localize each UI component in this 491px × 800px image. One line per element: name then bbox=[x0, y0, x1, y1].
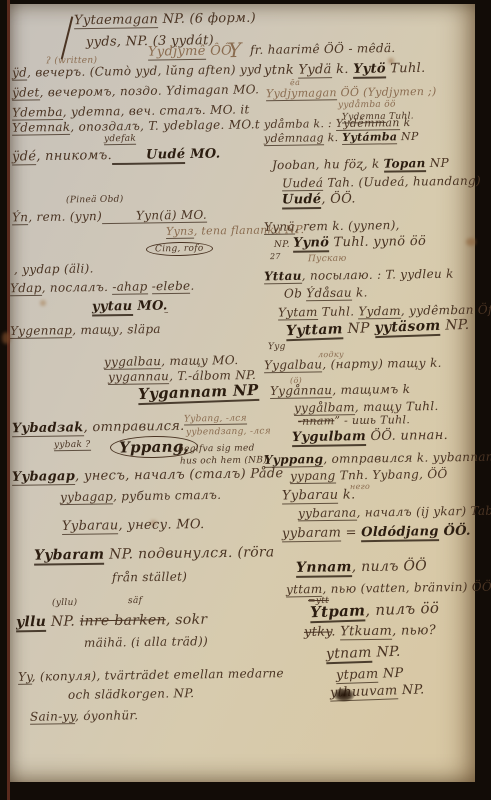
note-text: ēa bbox=[290, 78, 300, 87]
entry-line: Yygulbam ÖÖ. ипнан. bbox=[292, 428, 448, 445]
entry-line: yypang Tnh. Yybang, ÖÖ bbox=[290, 467, 448, 483]
headword: yytau bbox=[92, 299, 133, 317]
gloss: NP bbox=[397, 130, 419, 143]
headword: Yygalbau bbox=[264, 357, 323, 373]
gloss: från stället) bbox=[112, 569, 187, 584]
marginal-note: ēa bbox=[290, 78, 300, 87]
entry-line: ydåmba k. : Yydêmman k bbox=[264, 116, 411, 131]
gloss: , рубить сталъ. bbox=[113, 488, 221, 504]
entry-line: Yybaram NP. подвинулся. (röra bbox=[34, 544, 275, 563]
gloss: k. bbox=[338, 487, 355, 502]
entry-line: Yybarau k. bbox=[282, 487, 356, 503]
gloss: , пью (vatten, bränvin) ÖÖ bbox=[322, 580, 491, 596]
headword: Yygånnau bbox=[270, 383, 332, 399]
gloss: , yydêmban Öf. bbox=[401, 302, 491, 317]
gloss: NP. bbox=[371, 644, 400, 661]
gloss: ÖÖ (Yydjymen ;) bbox=[337, 85, 437, 99]
headword: Yytö bbox=[353, 61, 386, 78]
note-text: (Pineä Obd) bbox=[66, 195, 124, 206]
dash-mark: – bbox=[164, 308, 169, 318]
note-text: Yybang, -лся bbox=[184, 414, 247, 426]
entry-line: Yygånnau, тащимъ k bbox=[270, 382, 410, 398]
gloss: , унесу. MO. bbox=[118, 517, 204, 533]
gloss: , опоздалъ, T. ydeblage. MO.t bbox=[70, 117, 260, 134]
gloss: , тащимъ k bbox=[332, 382, 410, 397]
entry-line: och slädkorgen. NP. bbox=[68, 686, 195, 702]
rust-stain bbox=[40, 300, 46, 306]
entry-line: Ýn, rem. (yyn)Yyn(ä) MO. bbox=[12, 208, 207, 225]
entry-line: från stället) bbox=[112, 569, 187, 584]
headword: yypang bbox=[290, 468, 336, 484]
note-text: 27 bbox=[270, 252, 281, 261]
entry-line: mäihä. (i alla träd)) bbox=[84, 634, 208, 650]
headword: yygalbau bbox=[104, 354, 161, 370]
headword: Yybadзak bbox=[12, 420, 84, 437]
headword: yygannau bbox=[108, 369, 169, 385]
entry-line: , yydар (äli). bbox=[14, 261, 94, 276]
gloss: Tuhl. bbox=[317, 304, 358, 319]
gloss: ydåmba k. : bbox=[264, 117, 336, 131]
circled-note: Cing, rofo bbox=[146, 242, 213, 257]
variant: -ahар bbox=[112, 279, 147, 294]
struck-text: ytky bbox=[304, 625, 331, 640]
entry-line: fr. haarimê ÖÖ - mêdä. bbox=[250, 41, 396, 57]
gloss: , пникомъ. bbox=[36, 148, 112, 164]
headword: Yttau bbox=[264, 269, 302, 285]
gloss: . bbox=[190, 279, 194, 293]
headword: Topan bbox=[384, 156, 426, 173]
entry-line: Ynnam, пилъ ÖÖ bbox=[296, 558, 427, 576]
entry-line: yybagар, рубить сталъ. bbox=[60, 488, 221, 504]
gloss: , yydар (äli). bbox=[14, 261, 94, 276]
gloss: ” - ишь Tuhl. bbox=[334, 413, 410, 427]
entry-line: Yytaemagan NP. (6 форм.) bbox=[74, 11, 256, 29]
entry-line: Uudeá Tah. (Uudeá, huandang) bbox=[282, 174, 481, 191]
marginal-note: 27 bbox=[270, 252, 281, 261]
entry-line: ytnk Yydä k. Yytö Tuhl. bbox=[264, 61, 426, 78]
headword: Yyttam bbox=[286, 321, 343, 341]
headword: Oldódjang bbox=[361, 524, 439, 542]
entry-line: ÿdé, пникомъ.Uudé MO. bbox=[12, 147, 221, 165]
gloss: , rem. (yyn) bbox=[28, 209, 102, 224]
gloss: NP bbox=[342, 320, 374, 337]
gloss: , тащу, släpa bbox=[72, 322, 161, 337]
note-text: yybendзang, -лся bbox=[186, 426, 271, 437]
gloss: Tuhl. yynö öö bbox=[329, 234, 426, 250]
entry-line: yytau MO. bbox=[92, 298, 168, 314]
headword: Ýdåsau bbox=[306, 286, 352, 302]
entry-line: Ydар, послалъ. -ahар -elebe. bbox=[10, 279, 195, 296]
note-text: Cing, rofo bbox=[146, 242, 213, 257]
entry-line: Yttau, посылаю. : T. yydleu k bbox=[264, 267, 454, 284]
headword: ytpam bbox=[336, 667, 379, 684]
entry-line: Ob Ýdåsau k. bbox=[284, 285, 368, 300]
headword: yybaram bbox=[282, 525, 341, 542]
entry-line: yygålbam, тащу Tuhl. bbox=[294, 399, 439, 415]
gloss: NP. bbox=[397, 682, 424, 698]
entry-line: Yygalbau, (нарту) тащу k. bbox=[264, 356, 442, 372]
gloss: NP. bbox=[46, 613, 80, 629]
gloss: , пилъ öö bbox=[365, 599, 440, 620]
entry-line: Yybadзak, отправился. bbox=[12, 419, 185, 436]
headword: Yydä bbox=[298, 62, 331, 78]
note-text: begifva sig med bbox=[178, 443, 255, 454]
entry-line: yllu NP. inre barken, sokr bbox=[16, 612, 208, 631]
headword: Yydam bbox=[358, 304, 401, 320]
entry-line: yttam, пью (vatten, bränvin) ÖÖ bbox=[286, 580, 491, 597]
marginal-note: Yyg bbox=[268, 342, 286, 352]
gloss: k. bbox=[352, 285, 368, 299]
headword: Ytkuam bbox=[340, 624, 392, 641]
headword: Uudé bbox=[112, 147, 186, 165]
gloss: NP. (6 форм.) bbox=[158, 11, 256, 27]
marginal-note: (yllu) bbox=[52, 598, 78, 608]
gloss: ytnk bbox=[264, 63, 299, 78]
headword: Yydjymagan bbox=[266, 86, 337, 101]
entry-line: Jooban, hu föʐ, k Topan NP bbox=[272, 156, 449, 172]
headword: Yydjymê bbox=[148, 44, 206, 61]
gloss: MO. bbox=[185, 147, 220, 162]
entry-line: NP. Yynö Tuhl. yynö öö bbox=[274, 234, 426, 251]
gloss: , пью? bbox=[392, 623, 436, 639]
headword: Ytpam bbox=[310, 601, 366, 623]
note-text: yydåmba öö bbox=[338, 100, 396, 111]
gloss: , ÖÖ. bbox=[321, 191, 356, 206]
marginal-note: Пускаю bbox=[308, 254, 347, 265]
entry-line: Yygannam NP bbox=[138, 381, 259, 403]
headword: Uudeá bbox=[282, 176, 323, 192]
headword: yllu bbox=[16, 614, 46, 632]
marginal-note: ydefak bbox=[104, 134, 136, 144]
headword: Yygannam NP bbox=[138, 381, 259, 405]
entry-line: ytky. Ytkuam, пью? bbox=[304, 623, 436, 640]
headword: Yybagар bbox=[12, 469, 75, 486]
entry-line: yybaram = Oldódjang ÖÖ. bbox=[282, 524, 471, 542]
entry-line: yybarana, началъ (ij ykar) Tab. bbox=[298, 504, 491, 521]
gloss: ÖÖ. bbox=[439, 524, 471, 539]
entry-line: ytnam NP. bbox=[326, 644, 401, 663]
note-text: (yllu) bbox=[52, 598, 78, 608]
gloss: , унесъ, началъ (сталъ) Påde bbox=[75, 466, 284, 484]
headword: yybagар bbox=[60, 489, 113, 505]
marginal-note: yybendзang, -лся bbox=[186, 426, 271, 437]
headword: yybarana bbox=[298, 506, 357, 522]
entry-line: Yygennap, тащу, släpa bbox=[10, 322, 161, 338]
headword: Yynä bbox=[264, 220, 295, 235]
gloss: , пилъ ÖÖ bbox=[352, 558, 428, 575]
entry-line: ydêmnaag k. Yytámba NP bbox=[264, 130, 419, 145]
note-text: yybak ? bbox=[54, 440, 91, 452]
headword: Yygennap bbox=[10, 323, 72, 339]
flourish: Y bbox=[228, 38, 242, 62]
marginal-note: hus och hem (NB) bbox=[180, 455, 267, 466]
gloss: , началъ (ij ykar) Tab. bbox=[356, 504, 491, 520]
marginal-note: (Pineä Obd) bbox=[66, 195, 124, 206]
ink-blot bbox=[333, 688, 355, 702]
headword: ÿd bbox=[12, 66, 27, 81]
headword: Yyppang bbox=[264, 452, 324, 468]
gloss: Tah. (Uudeá, huandang) bbox=[323, 174, 481, 190]
entry-line: Yybarau, унесу. MO. bbox=[62, 517, 205, 534]
entry-line: ytpam NP bbox=[336, 666, 404, 683]
struck-text: inre barken bbox=[80, 612, 166, 629]
manuscript-photo: Yytaemagan NP. (6 форм.) yyds, NP. (3 yy… bbox=[0, 0, 491, 800]
headword: Ydар bbox=[10, 281, 42, 296]
marginal-note: Yybang, -лся bbox=[184, 414, 247, 425]
note-text: hus och hem (NB) bbox=[180, 455, 267, 466]
rust-stain bbox=[2, 332, 10, 344]
gloss: fr. haarimê ÖÖ - mêdä. bbox=[250, 41, 396, 57]
entry-line: yygalbau, тащу MO. bbox=[104, 353, 239, 369]
dash: – bbox=[164, 308, 169, 318]
entry-line: Yynä, rem k. (yynen), bbox=[264, 218, 400, 234]
rust-stain bbox=[466, 238, 476, 246]
variant: -elebe bbox=[152, 279, 191, 295]
headword: ytnam bbox=[326, 645, 372, 665]
gloss: , тащу Tuhl. bbox=[355, 399, 439, 414]
headword: Ýn bbox=[12, 210, 28, 225]
entry-line: -nnam” - ишь Tuhl. bbox=[298, 413, 410, 428]
gloss: , rem k. (yynen), bbox=[295, 218, 400, 233]
headword: Yynз bbox=[166, 225, 194, 239]
headword: Ynnam bbox=[296, 559, 352, 578]
headword: Yygulbam bbox=[292, 429, 366, 447]
gloss: NP bbox=[426, 156, 449, 170]
gloss: k bbox=[400, 116, 411, 129]
gloss: , посылаю. : T. yydleu k bbox=[302, 267, 454, 283]
note-text: ydefak bbox=[104, 134, 136, 145]
headword: Yyn(ä) MO. bbox=[102, 208, 207, 224]
marginal-note: yybak ? bbox=[54, 440, 91, 451]
gloss: , послалъ. bbox=[42, 280, 113, 295]
headword: Ydemba bbox=[12, 105, 63, 121]
marginal-note: yydåmba öö bbox=[338, 100, 396, 111]
headword: Sain-yy bbox=[30, 709, 75, 725]
gloss: NP bbox=[378, 666, 404, 682]
headword: Ydemnak bbox=[12, 120, 71, 136]
gloss: . bbox=[331, 624, 340, 639]
gloss: Tnh. Yybang, ÖÖ bbox=[336, 467, 448, 483]
headword: Yybarau bbox=[62, 518, 119, 535]
struck-text: -nnam bbox=[298, 414, 335, 428]
headword: ÿdet bbox=[12, 85, 40, 100]
note-text: Yyg bbox=[268, 342, 286, 352]
headword: Yybaram bbox=[34, 547, 105, 566]
marginal-note: säf bbox=[128, 596, 142, 606]
note-text: säf bbox=[128, 596, 142, 606]
gloss: MO. bbox=[132, 298, 167, 313]
book-spine-edge bbox=[7, 0, 10, 800]
gloss: Jooban, hu föʐ, k bbox=[272, 157, 384, 173]
gloss: mäihä. (i alla träd)) bbox=[84, 634, 208, 650]
gloss: ÖÖ. ипнан. bbox=[366, 428, 448, 444]
gloss: NP. bbox=[440, 317, 469, 334]
gloss: Ob bbox=[284, 286, 306, 300]
gloss: , отправился. bbox=[83, 419, 184, 435]
gloss: k. bbox=[332, 62, 354, 77]
gloss: , óyonhür. bbox=[75, 708, 138, 723]
headword: Yybarau bbox=[282, 488, 339, 505]
gloss: Tuhl. bbox=[386, 61, 426, 77]
headword: Yy bbox=[18, 670, 32, 685]
gloss: och slädkorgen. NP. bbox=[68, 686, 195, 702]
headword: Uudé bbox=[282, 192, 322, 210]
gloss: NP. подвинулся. (röra bbox=[104, 544, 274, 562]
headword: Yytam bbox=[278, 305, 318, 321]
entry-line: Yydjymagan ÖÖ (Yydjymen ;) bbox=[266, 85, 437, 100]
headword: Yydêmman bbox=[336, 116, 400, 131]
entry-line: Uudé, ÖÖ. bbox=[282, 191, 356, 207]
entry-line: Sain-yy, óyonhür. bbox=[30, 708, 139, 724]
flourish-letter: Y bbox=[228, 38, 242, 62]
gloss: , отправился k. yybannang, ÖÖ bbox=[323, 449, 491, 466]
gloss: = bbox=[341, 525, 361, 540]
headword: ÿdé bbox=[12, 149, 36, 165]
gloss: , ydemna, веч. сталъ. MO. it bbox=[63, 102, 250, 119]
gloss: , (нарту) тащу k. bbox=[322, 356, 442, 372]
gloss: , sokr bbox=[166, 612, 208, 629]
headword: ydêmnaag bbox=[264, 131, 324, 146]
marginal-note: begifva sig med bbox=[178, 443, 255, 454]
headword: Yytámba bbox=[342, 130, 397, 145]
headword: Yytaemagan bbox=[74, 12, 158, 29]
note-text: Пускаю bbox=[308, 254, 347, 265]
gloss: k. bbox=[324, 131, 343, 144]
gloss: NP. bbox=[274, 240, 293, 250]
headword: Yynö bbox=[293, 235, 329, 253]
entry-line: Yydjymê ÔÔ bbox=[148, 43, 232, 59]
gloss: , тащу MO. bbox=[161, 353, 238, 368]
headword: yytäsom bbox=[374, 318, 441, 338]
